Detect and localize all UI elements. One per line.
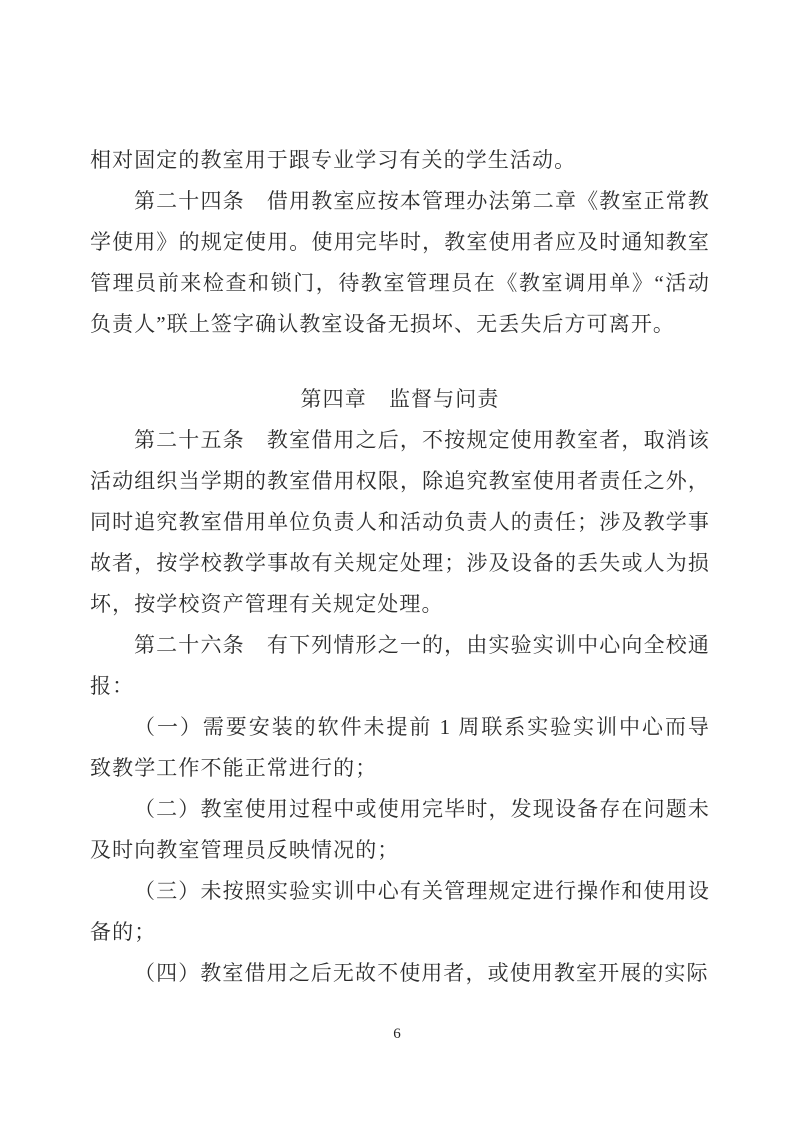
list-item-1: （一）需要安装的软件未提前 1 周联系实验实训中心而导致教学工作不能正常进行的； [90,707,710,789]
document-body: 相对固定的教室用于跟专业学习有关的学生活动。 第二十四条 借用教室应按本管理办法… [90,140,710,994]
paragraph-article-26: 第二十六条 有下列情形之一的，由实验实训中心向全校通报： [90,625,710,707]
list-item-4: （四）教室借用之后无故不使用者，或使用教室开展的实际 [90,953,710,994]
paragraph-article-25: 第二十五条 教室借用之后，不按规定使用教室者，取消该活动组织当学期的教室借用权限… [90,420,710,625]
list-item-3: （三）未按照实验实训中心有关管理规定进行操作和使用设备的； [90,871,710,953]
chapter-4-heading: 第四章 监督与问责 [90,379,710,420]
page-number: 6 [0,1024,794,1044]
paragraph-continuation: 相对固定的教室用于跟专业学习有关的学生活动。 [90,140,710,181]
paragraph-article-24: 第二十四条 借用教室应按本管理办法第二章《教室正常教学使用》的规定使用。使用完毕… [90,181,710,345]
list-item-2: （二）教室使用过程中或使用完毕时，发现设备存在问题未及时向教室管理员反映情况的； [90,789,710,871]
document-page: 相对固定的教室用于跟专业学习有关的学生活动。 第二十四条 借用教室应按本管理办法… [0,0,794,1123]
